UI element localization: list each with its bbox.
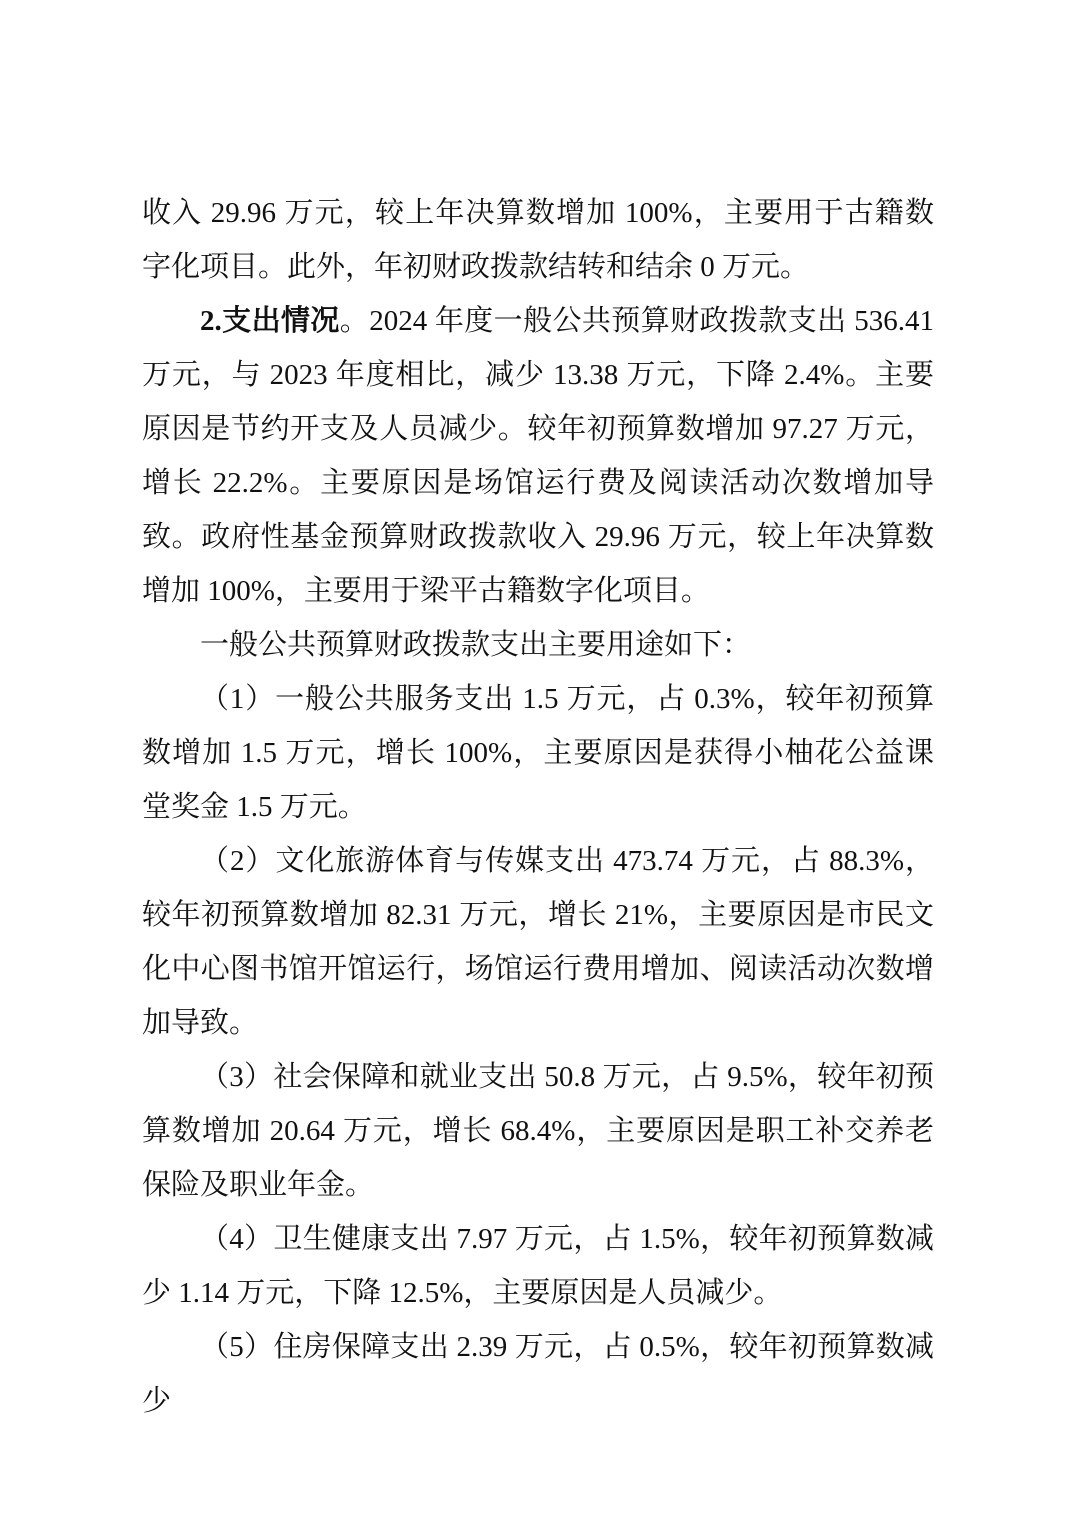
paragraph-usage-intro: 一般公共预算财政拨款支出主要用途如下： <box>142 618 934 672</box>
paragraph-item-5-housing-security: （5）住房保障支出 2.39 万元，占 0.5%，较年初预算数减少 <box>142 1320 934 1428</box>
paragraph-carryover-income: 收入 29.96 万元，较上年决算数增加 100%，主要用于古籍数字化项目。此外… <box>142 186 934 294</box>
document-page: 收入 29.96 万元，较上年决算数增加 100%，主要用于古籍数字化项目。此外… <box>0 0 1074 1520</box>
paragraph-item-1-general-public-services: （1）一般公共服务支出 1.5 万元，占 0.3%，较年初预算数增加 1.5 万… <box>142 672 934 834</box>
paragraph-text: （4）卫生健康支出 7.97 万元，占 1.5%，较年初预算数减少 1.14 万… <box>142 1223 934 1309</box>
paragraph-text: （5）住房保障支出 2.39 万元，占 0.5%，较年初预算数减少 <box>142 1331 934 1417</box>
paragraph-text: （1）一般公共服务支出 1.5 万元，占 0.3%，较年初预算数增加 1.5 万… <box>142 683 934 823</box>
paragraph-item-3-social-security-employment: （3）社会保障和就业支出 50.8 万元，占 9.5%，较年初预算数增加 20.… <box>142 1050 934 1212</box>
paragraph-text: 一般公共预算财政拨款支出主要用途如下： <box>200 629 751 661</box>
paragraph-text: 收入 29.96 万元，较上年决算数增加 100%，主要用于古籍数字化项目。此外… <box>142 197 934 283</box>
paragraph-bold-heading: 2.支出情况 <box>200 305 340 337</box>
paragraph-text: 。2024 年度一般公共预算财政拨款支出 536.41 万元，与 2023 年度… <box>142 305 934 607</box>
paragraph-text: （2）文化旅游体育与传媒支出 473.74 万元，占 88.3%，较年初预算数增… <box>142 845 934 1039</box>
document-text-block: 收入 29.96 万元，较上年决算数增加 100%，主要用于古籍数字化项目。此外… <box>142 186 934 1428</box>
paragraph-item-2-culture-tourism-sports-media: （2）文化旅游体育与传媒支出 473.74 万元，占 88.3%，较年初预算数增… <box>142 834 934 1050</box>
paragraph-text: （3）社会保障和就业支出 50.8 万元，占 9.5%，较年初预算数增加 20.… <box>142 1061 934 1201</box>
paragraph-expenditure-overview: 2.支出情况。2024 年度一般公共预算财政拨款支出 536.41 万元，与 2… <box>142 294 934 618</box>
paragraph-item-4-health: （4）卫生健康支出 7.97 万元，占 1.5%，较年初预算数减少 1.14 万… <box>142 1212 934 1320</box>
